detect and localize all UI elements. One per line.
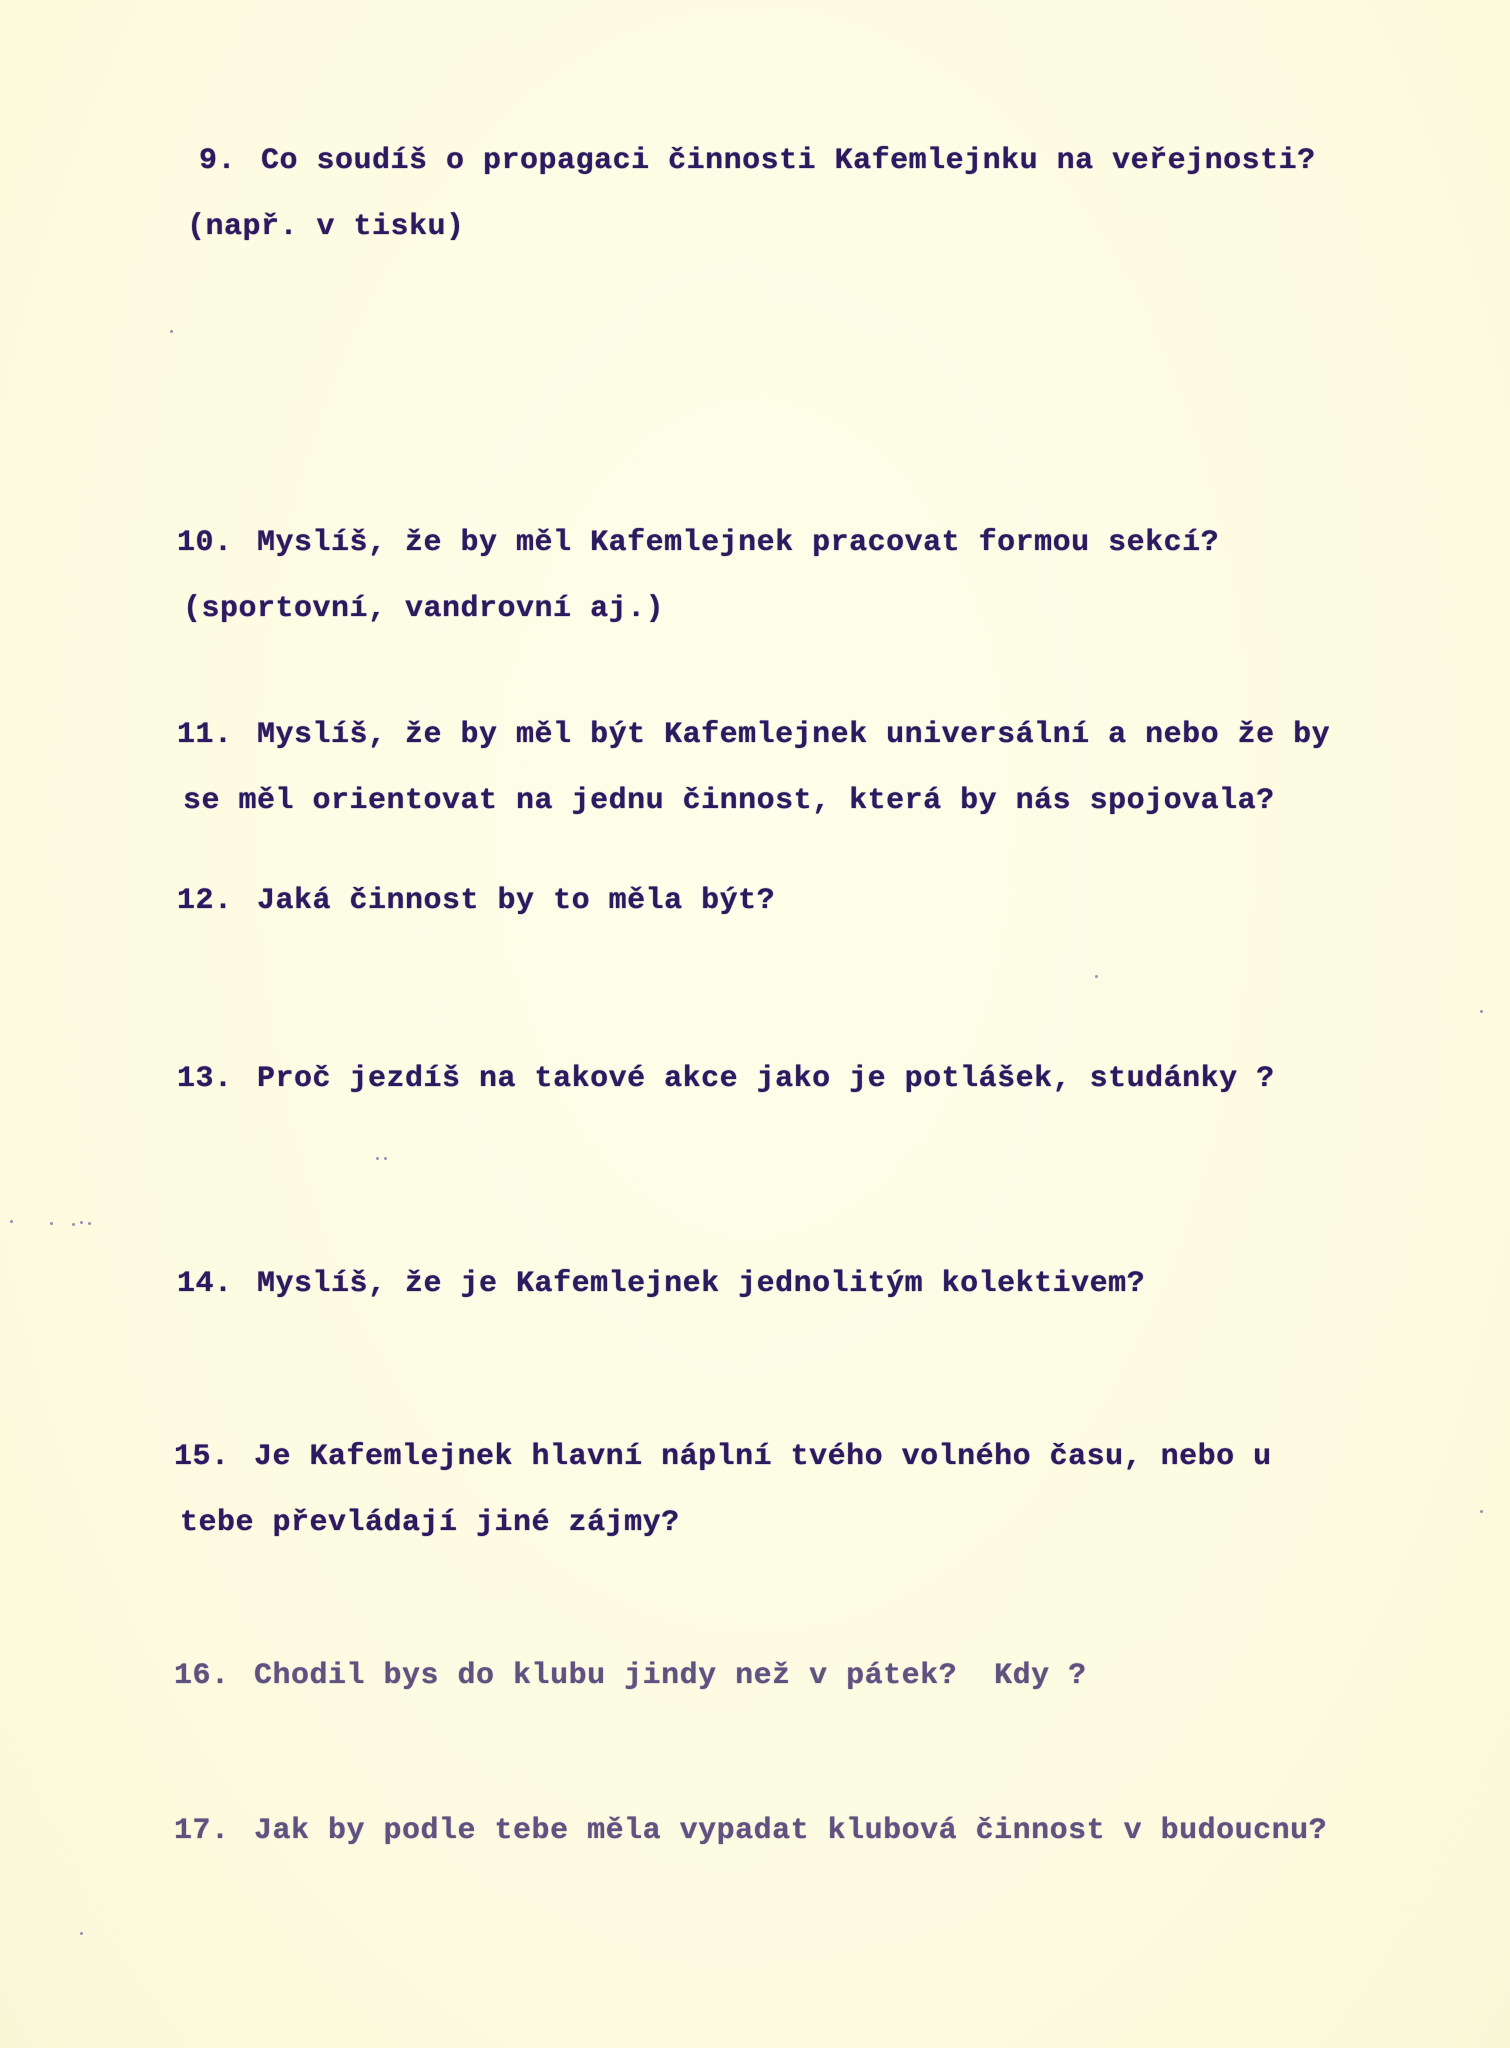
question-number: 16. bbox=[174, 1660, 254, 1693]
question-number: 11. bbox=[177, 719, 257, 752]
question-number: 12. bbox=[177, 885, 257, 918]
paper-speck bbox=[170, 330, 173, 333]
question-text: Jak by podle tebe měla vypadat klubová č… bbox=[254, 1814, 1327, 1848]
document-page: 9.Co soudíš o propagaci činnosti Kafemle… bbox=[0, 0, 1510, 2048]
paper-speck bbox=[384, 1157, 387, 1160]
question-text: Proč jezdíš na takové akce jako je potlá… bbox=[257, 1062, 1275, 1096]
paper-speck bbox=[376, 1157, 379, 1160]
question-number: 17. bbox=[174, 1815, 254, 1848]
question-text: Myslíš, že je Kafemlejnek jednolitým kol… bbox=[257, 1267, 1145, 1301]
question-text: Je Kafemlejnek hlavní náplní tvého volné… bbox=[254, 1440, 1272, 1474]
question-text: Myslíš, že by měl Kafemlejnek pracovat f… bbox=[257, 526, 1219, 560]
question-10: 10.Myslíš, že by měl Kafemlejnek pracova… bbox=[103, 494, 1219, 692]
paper-speck bbox=[50, 1222, 53, 1225]
paper-speck bbox=[1480, 1510, 1483, 1513]
question-number: 10. bbox=[177, 527, 257, 560]
question-number: 9. bbox=[199, 145, 261, 178]
question-text: Chodil bys do klubu jindy než v pátek? K… bbox=[254, 1659, 1087, 1693]
question-14: 14.Myslíš, že je Kafemlejnek jednolitým … bbox=[103, 1235, 1145, 1334]
paper-speck bbox=[10, 1220, 13, 1223]
question-13: 13.Proč jezdíš na takové akce jako je po… bbox=[103, 1030, 1275, 1129]
question-number: 15. bbox=[174, 1441, 254, 1474]
paper-speck bbox=[1095, 975, 1098, 978]
question-text: Myslíš, že by měl být Kafemlejnek univer… bbox=[257, 718, 1330, 752]
paper-speck bbox=[80, 1221, 83, 1224]
question-text: Jaká činnost by to měla být? bbox=[257, 884, 775, 918]
paper-speck bbox=[80, 1932, 83, 1935]
question-15: 15.Je Kafemlejnek hlavní náplní tvého vo… bbox=[100, 1408, 1272, 1606]
question-text: Co soudíš o propagaci činnosti Kafemlejn… bbox=[261, 144, 1316, 178]
question-12: 12.Jaká činnost by to měla být? bbox=[103, 852, 775, 951]
question-9: 9.Co soudíš o propagaci činnosti Kafemle… bbox=[125, 112, 1316, 310]
question-text-continued: (sportovní, vandrovní aj.) bbox=[103, 593, 1219, 626]
question-text-continued: se měl orientovat na jednu činnost, kter… bbox=[103, 785, 1330, 818]
paper-speck bbox=[88, 1222, 91, 1225]
question-number: 13. bbox=[177, 1063, 257, 1096]
question-text-continued: (např. v tisku) bbox=[125, 211, 1316, 244]
question-text-continued: tebe převládají jiné zájmy? bbox=[100, 1507, 1272, 1540]
paper-speck bbox=[72, 1223, 75, 1226]
question-number: 14. bbox=[177, 1268, 257, 1301]
question-17: 17.Jak by podle tebe měla vypadat klubov… bbox=[100, 1782, 1327, 1881]
paper-speck bbox=[1480, 1010, 1483, 1013]
question-16: 16.Chodil bys do klubu jindy než v pátek… bbox=[100, 1627, 1087, 1726]
